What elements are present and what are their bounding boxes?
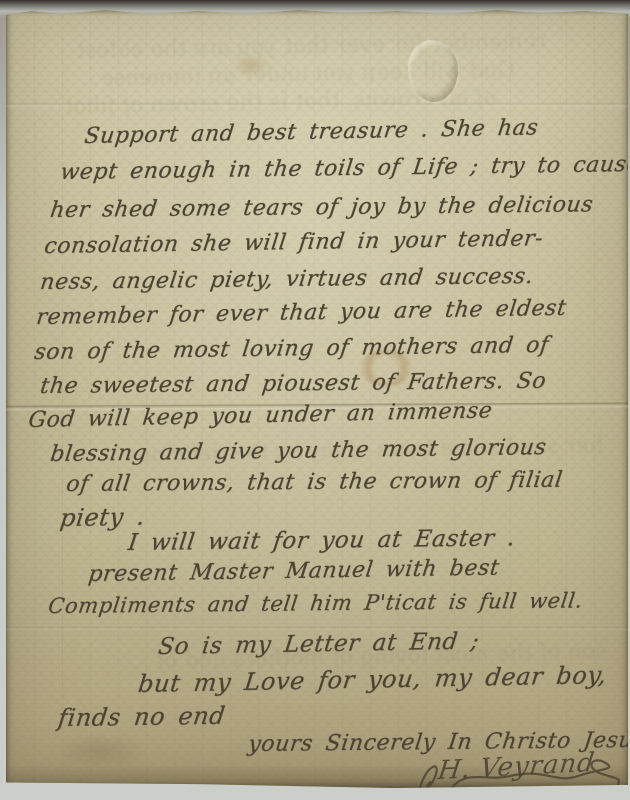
letter-line: the sweetest and piousest of Fathers. So (39, 369, 548, 399)
letter-line: present Master Manuel with best (87, 556, 501, 588)
letter-line: Compliments and tell him P'ticat is full… (47, 588, 584, 618)
letter-line: I will wait for you at Easter . (127, 525, 517, 556)
letter-paper: remember for ever that you are the eldes… (6, 8, 628, 788)
letter-line: blessing and give you the most glorious (49, 435, 548, 467)
letter-line: piety . (59, 503, 147, 533)
letter-line: ness, angelic piety, virtues and success… (39, 264, 535, 295)
letter-line: of all crowns, that is the crown of fili… (65, 468, 565, 497)
letter-line: remember for ever that you are the eldes… (35, 296, 568, 330)
letter-line: wept enough in the toils of Life ; try t… (59, 152, 630, 185)
letter-line: finds no end (56, 702, 227, 732)
letter-line: her shed some tears of joy by the delici… (49, 192, 595, 223)
signature: H. Veyrand (406, 748, 626, 800)
letter-line: God will keep you under an immense (27, 398, 494, 433)
stain (54, 734, 144, 768)
letter-line: Support and best treasure . She has (83, 115, 540, 149)
letter-line: consolation she will find in your tender… (43, 226, 545, 259)
letter-photograph: remember for ever that you are the eldes… (0, 0, 630, 800)
letter-line: son of the most loving of mothers and of (33, 333, 551, 365)
